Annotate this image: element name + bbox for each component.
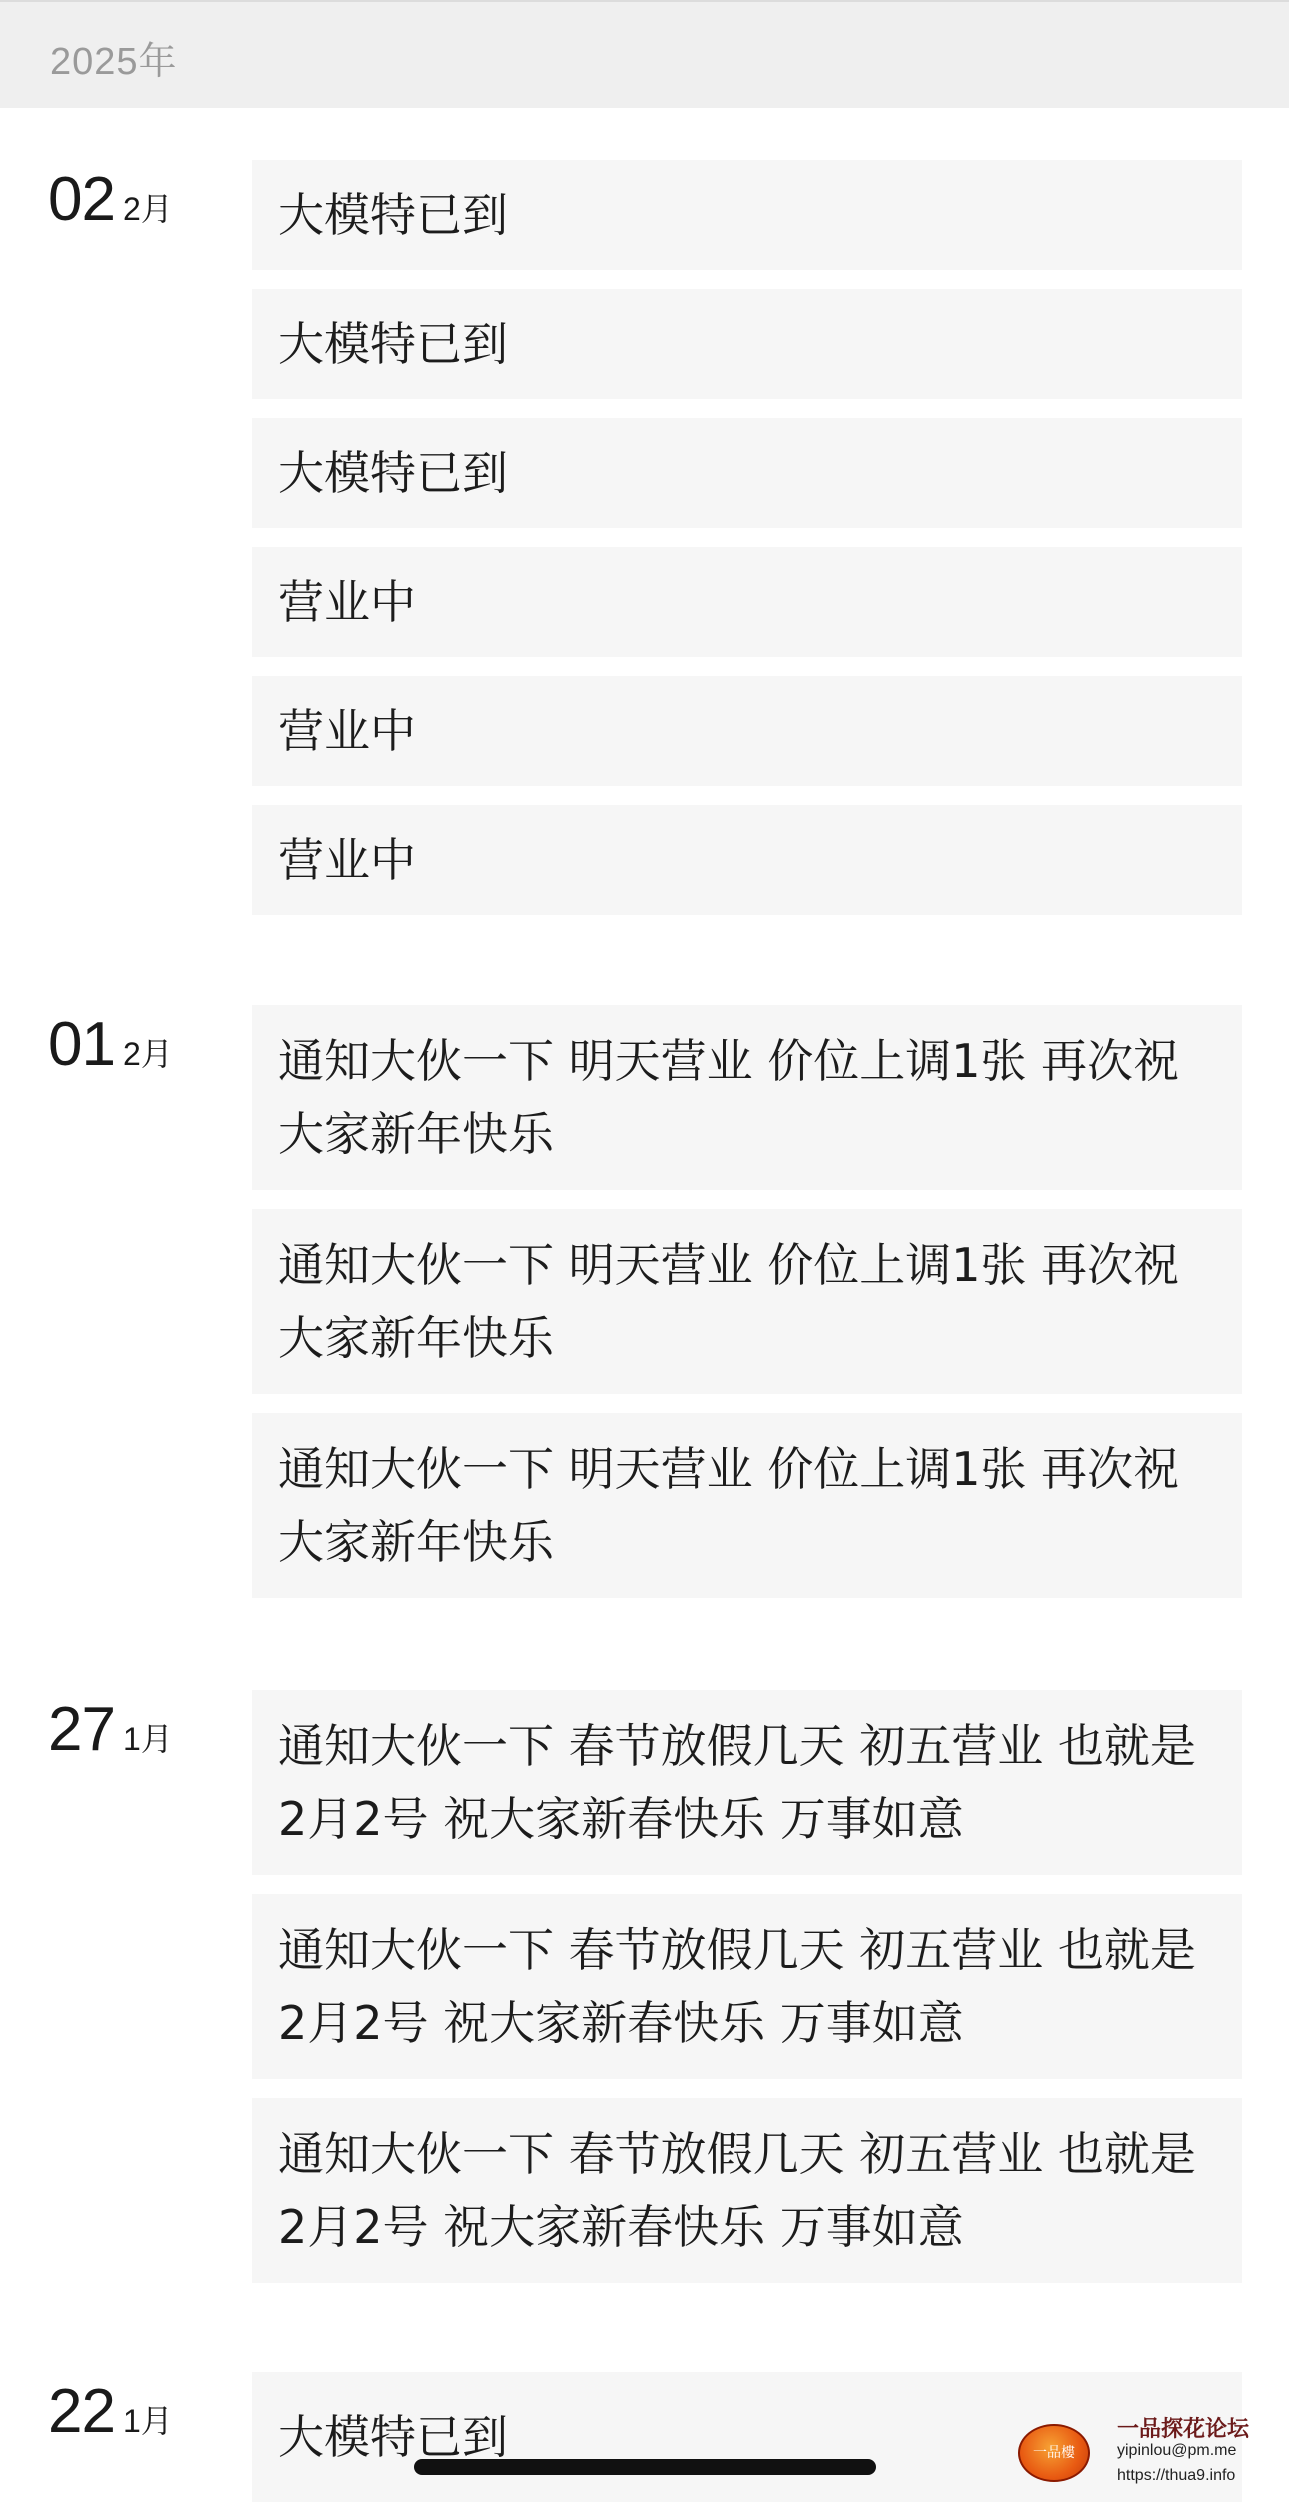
post-text: 通知大伙一下 春节放假几天 初五营业 也就是2月2号 祝大家新春快乐 万事如意	[278, 2118, 1216, 2264]
date-label: 27 1月	[48, 1694, 173, 1765]
post-card[interactable]: 大模特已到	[252, 160, 1242, 270]
watermark-url: https://thua9.info	[1117, 2467, 1235, 2485]
post-card[interactable]: 营业中	[252, 676, 1242, 786]
date-day: 01	[48, 1009, 115, 1080]
year-header: 2025年	[0, 0, 1289, 108]
post-card[interactable]: 通知大伙一下 明天营业 价位上调1张 再次祝大家新年快乐	[252, 1413, 1242, 1598]
watermark-email: yipinlou@pm.me	[1117, 2442, 1236, 2460]
post-card[interactable]: 通知大伙一下 明天营业 价位上调1张 再次祝大家新年快乐	[252, 1209, 1242, 1394]
post-text: 营业中	[278, 824, 416, 897]
date-day: 22	[48, 2376, 115, 2447]
post-text: 通知大伙一下 春节放假几天 初五营业 也就是2月2号 祝大家新春快乐 万事如意	[278, 1914, 1216, 2060]
post-card[interactable]: 营业中	[252, 547, 1242, 657]
watermark-title: 一品探花论坛	[1117, 2412, 1249, 2443]
date-month: 1月	[123, 2396, 173, 2442]
post-card[interactable]: 大模特已到	[252, 289, 1242, 399]
post-card[interactable]: 通知大伙一下 春节放假几天 初五营业 也就是2月2号 祝大家新春快乐 万事如意	[252, 1894, 1242, 2079]
post-card[interactable]: 通知大伙一下 春节放假几天 初五营业 也就是2月2号 祝大家新春快乐 万事如意	[252, 2098, 1242, 2283]
forum-logo-icon: 一品樓	[1018, 2424, 1090, 2482]
post-text: 通知大伙一下 春节放假几天 初五营业 也就是2月2号 祝大家新春快乐 万事如意	[278, 1710, 1216, 1856]
post-text: 通知大伙一下 明天营业 价位上调1张 再次祝大家新年快乐	[278, 1229, 1216, 1375]
post-card[interactable]: 大模特已到	[252, 418, 1242, 528]
post-text: 通知大伙一下 明天营业 价位上调1张 再次祝大家新年快乐	[278, 1433, 1216, 1579]
date-label: 22 1月	[48, 2376, 173, 2447]
post-text: 大模特已到	[278, 179, 508, 252]
date-month: 1月	[123, 1714, 173, 1760]
post-text: 营业中	[278, 695, 416, 768]
date-month: 2月	[123, 1029, 173, 1075]
post-text: 大模特已到	[278, 437, 508, 510]
date-day: 02	[48, 164, 115, 235]
post-card[interactable]: 通知大伙一下 春节放假几天 初五营业 也就是2月2号 祝大家新春快乐 万事如意	[252, 1690, 1242, 1875]
year-label: 2025年	[50, 30, 178, 85]
forum-watermark: 一品樓 一品探花论坛 yipinlou@pm.me https://thua9.…	[1015, 2412, 1285, 2502]
post-text: 通知大伙一下 明天营业 价位上调1张 再次祝大家新年快乐	[278, 1025, 1216, 1171]
post-text: 大模特已到	[278, 308, 508, 381]
date-day: 27	[48, 1694, 115, 1765]
post-card[interactable]: 通知大伙一下 明天营业 价位上调1张 再次祝大家新年快乐	[252, 1005, 1242, 1190]
date-month: 2月	[123, 184, 173, 230]
date-label: 02 2月	[48, 164, 173, 235]
date-label: 01 2月	[48, 1009, 173, 1080]
post-text: 营业中	[278, 566, 416, 639]
post-card[interactable]: 营业中	[252, 805, 1242, 915]
home-indicator[interactable]	[414, 2459, 876, 2475]
